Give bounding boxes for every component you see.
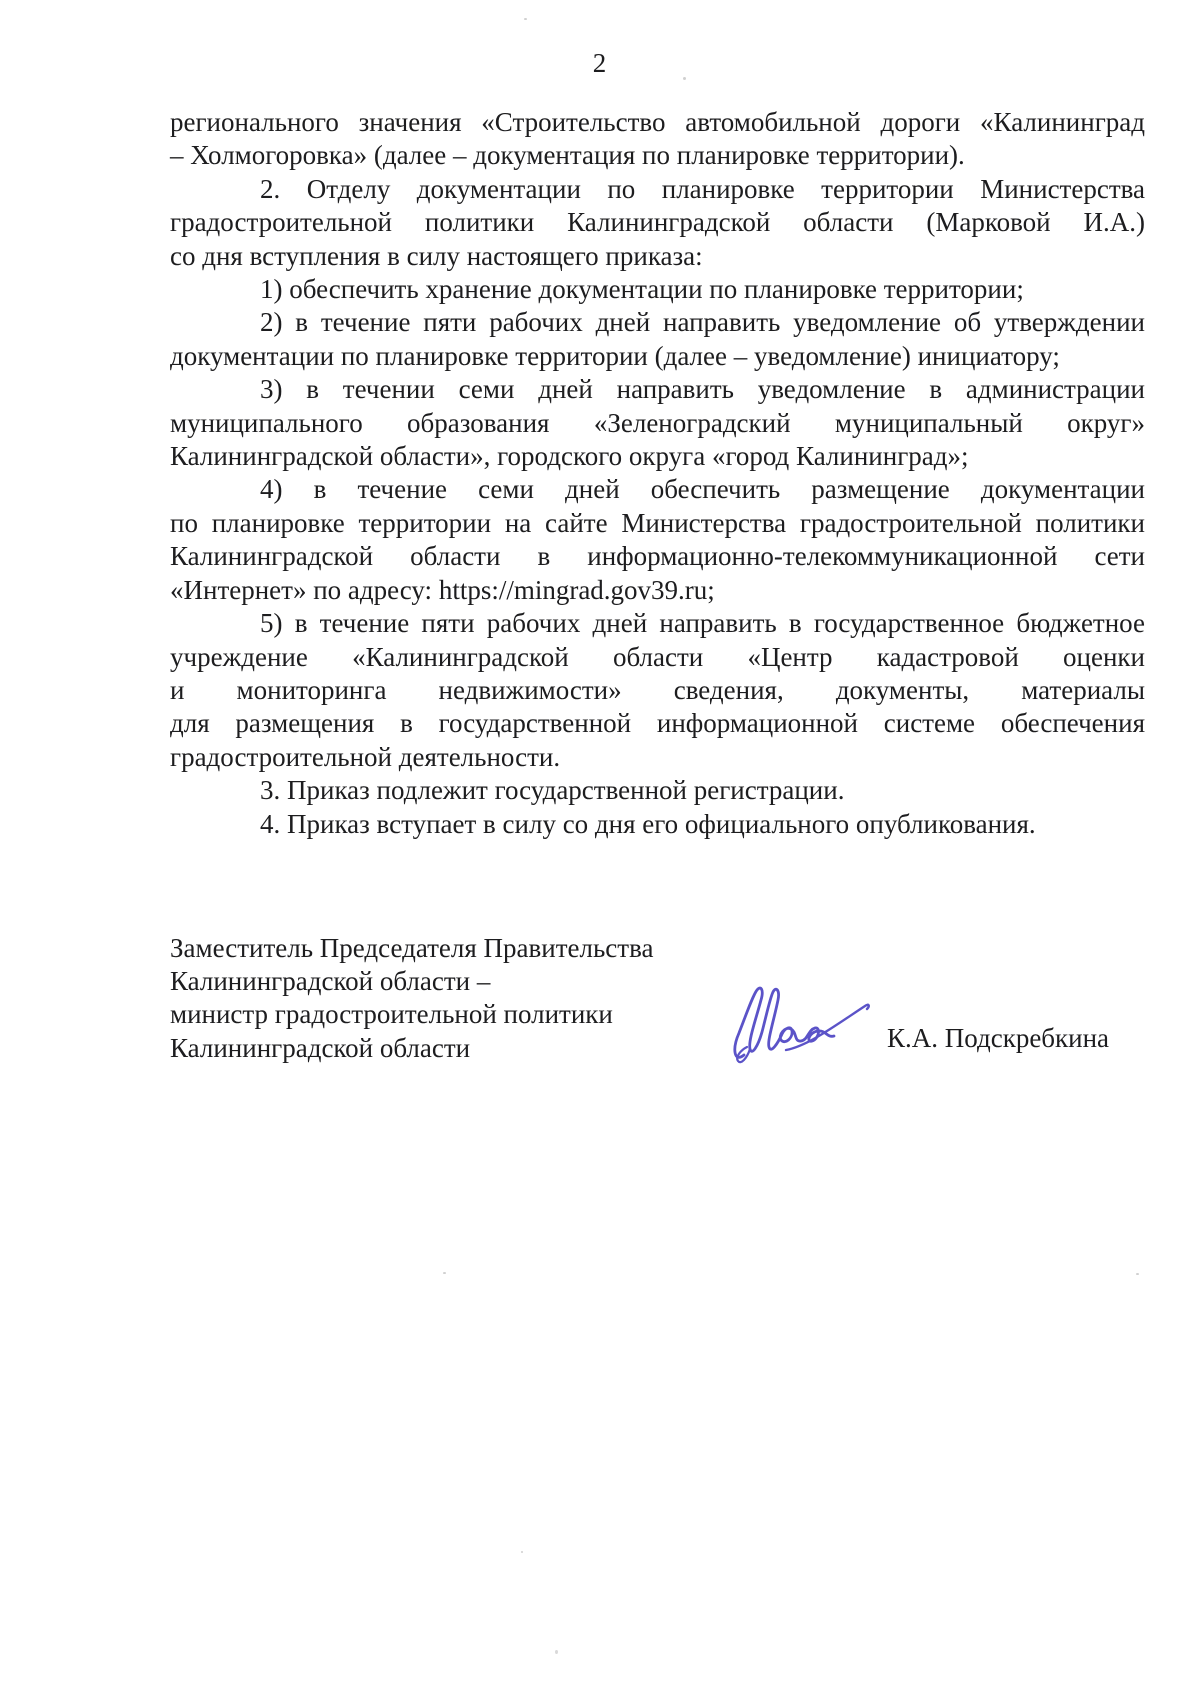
signer-title-line: Калининградской области – (170, 965, 1145, 998)
body-line: «Интернет» по адресу: https://mingrad.go… (170, 574, 1145, 607)
body-line: 5) в течение пяти рабочих дней направить… (170, 607, 1145, 640)
body-line: 3) в течении семи дней направить уведомл… (170, 373, 1145, 406)
body-line: 3. Приказ подлежит государственной регис… (170, 774, 1145, 807)
scan-speck (555, 1650, 558, 1654)
body-line: документации по планировке территории (д… (170, 340, 1145, 373)
body-line: Калининградской области в информационно-… (170, 540, 1145, 573)
body-line: муниципального образования «Зеленоградск… (170, 407, 1145, 440)
body-line: градостроительной деятельности. (170, 741, 1145, 774)
body-line: регионального значения «Строительство ав… (170, 106, 1145, 139)
scan-speck (524, 18, 527, 20)
scan-speck (443, 1272, 446, 1274)
body-line: 4. Приказ вступает в силу со дня его офи… (170, 808, 1145, 841)
body-line: градостроительной политики Калининградск… (170, 206, 1145, 239)
body-line: 4) в течение семи дней обеспечить размещ… (170, 473, 1145, 506)
scan-speck (521, 1551, 523, 1553)
signer-title-line: Заместитель Председателя Правительства (170, 932, 1145, 965)
scan-speck (1136, 1273, 1139, 1275)
body-line: по планировке территории на сайте Минист… (170, 507, 1145, 540)
body-line: 2) в течение пяти рабочих дней направить… (170, 306, 1145, 339)
document-page: 2 регионального значения «Строительство … (0, 0, 1200, 1697)
scan-speck (683, 77, 686, 80)
body-line: – Холмогоровка» (далее – документация по… (170, 139, 1145, 172)
body-line: 1) обеспечить хранение документации по п… (170, 273, 1145, 306)
page-number: 2 (0, 48, 1200, 79)
body-line: для размещения в государственной информа… (170, 707, 1145, 740)
body-line: Калининградской области», городского окр… (170, 440, 1145, 473)
signer-name: К.А. Подскребкина (887, 1022, 1109, 1055)
body-line: со дня вступления в силу настоящего прик… (170, 240, 1145, 273)
body-line: 2. Отделу документации по планировке тер… (170, 173, 1145, 206)
body-line: учреждение «Калининградской области «Цен… (170, 641, 1145, 674)
handwritten-signature-icon (728, 983, 876, 1067)
body-line: и мониторинга недвижимости» сведения, до… (170, 674, 1145, 707)
document-body: регионального значения «Строительство ав… (170, 106, 1145, 841)
